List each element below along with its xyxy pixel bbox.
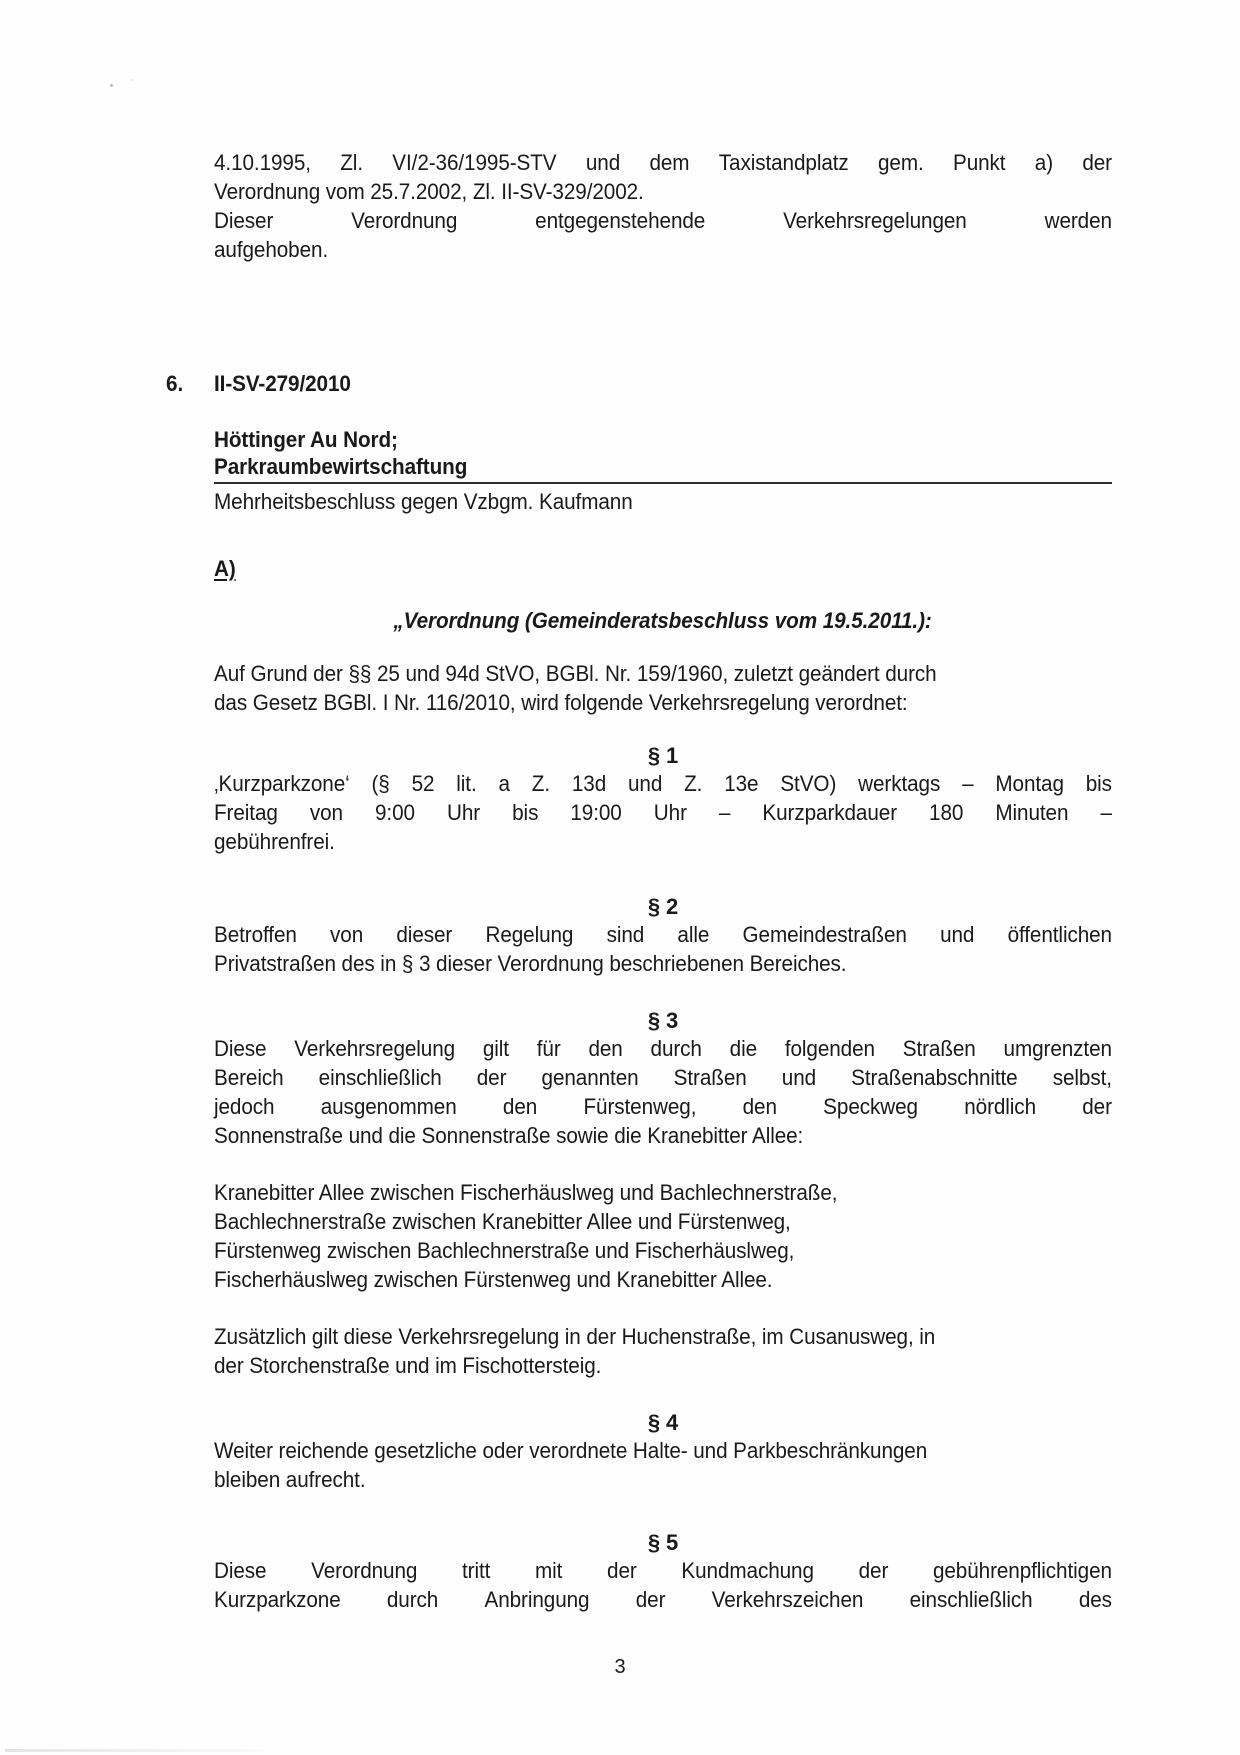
title-underline-rule [214, 482, 1112, 484]
word: alle [677, 920, 709, 949]
word: Verordnung [311, 1556, 417, 1585]
scan-edge [5, 1749, 265, 1752]
word: Montag [995, 769, 1063, 798]
word: des [1079, 1585, 1112, 1614]
additional-line-2: der Storchenstraße und im Fischotterstei… [214, 1351, 1112, 1380]
section-3-line-4: Sonnenstraße und die Sonnenstraße sowie … [214, 1121, 1112, 1150]
word: bis [512, 798, 538, 827]
item-reference: II-SV-279/2010 [214, 369, 1112, 398]
section-5-line-2: KurzparkzonedurchAnbringungderVerkehrsze… [214, 1585, 1112, 1614]
word: gilt [483, 1034, 509, 1063]
word: Z. [684, 769, 702, 798]
word: durch [651, 1034, 702, 1063]
word: Dieser [214, 206, 273, 235]
word: dem [649, 148, 689, 177]
word: a [498, 769, 509, 798]
word: dieser [396, 920, 452, 949]
section-1-line-1: ‚Kurzparkzone‘(§52lit.aZ.13dundZ.13eStVO… [214, 769, 1112, 798]
section-3-line-3: jedochausgenommendenFürstenweg,denSpeckw… [214, 1092, 1112, 1121]
boundary-4: Fischerhäuslweg zwischen Fürstenweg und … [214, 1265, 1112, 1294]
page-number: 3 [0, 1656, 1240, 1679]
section-1-line-2: Freitagvon9:00Uhrbis19:00Uhr–Kurzparkdau… [214, 798, 1112, 827]
word: Straßenabschnitte [851, 1063, 1017, 1092]
word: Verkehrszeichen [712, 1585, 864, 1614]
section-2-line-1: BetroffenvondieserRegelungsindalleGemein… [214, 920, 1112, 949]
word: nördlich [964, 1092, 1036, 1121]
word: gebührenpflichtigen [933, 1556, 1112, 1585]
word: StVO) [780, 769, 836, 798]
word: von [310, 798, 343, 827]
word: von [330, 920, 363, 949]
word: 13d [572, 769, 606, 798]
word: Diese [214, 1034, 266, 1063]
word: Straßen [903, 1034, 976, 1063]
word: tritt [462, 1556, 490, 1585]
word: a) [1035, 148, 1053, 177]
word: einschließlich [910, 1585, 1033, 1614]
word: Verkehrsregelungen [783, 206, 967, 235]
section-2-heading: § 2 [214, 892, 1112, 921]
word: jedoch [214, 1092, 274, 1121]
word: Freitag [214, 798, 278, 827]
ordinance-heading-text: „Verordnung (Gemeinderatsbeschluss vom 1… [394, 606, 932, 635]
section-5-heading: § 5 [214, 1528, 1112, 1557]
word: lit. [456, 769, 476, 798]
word: Uhr [654, 798, 687, 827]
item-title-line-2: Parkraumbewirtschaftung [214, 452, 1112, 481]
word: Kurzparkdauer [762, 798, 897, 827]
continuation-line-4: aufgehoben. [214, 235, 1112, 264]
word: 13e [724, 769, 758, 798]
document-page: 4.10.1995,Zl.VI/2-36/1995-STVunddemTaxis… [0, 0, 1240, 1755]
word: Verordnung [351, 206, 457, 235]
word: für [537, 1034, 561, 1063]
word: selbst, [1053, 1063, 1112, 1092]
word: Minuten [995, 798, 1068, 827]
word: und [628, 769, 662, 798]
word: Regelung [485, 920, 573, 949]
word: und [940, 920, 974, 949]
word: der [607, 1556, 637, 1585]
word: – [1100, 798, 1111, 827]
word: und [586, 148, 620, 177]
section-3-line-2: BereicheinschließlichdergenanntenStraßen… [214, 1063, 1112, 1092]
word: gem. [878, 148, 924, 177]
word: VI/2-36/1995-STV [392, 148, 556, 177]
word: den [743, 1092, 777, 1121]
word: umgrenzten [1004, 1034, 1112, 1063]
word: Bereich [214, 1063, 284, 1092]
word: – [719, 798, 730, 827]
word: durch [387, 1585, 438, 1614]
section-4-heading: § 4 [214, 1408, 1112, 1437]
section-3-heading: § 3 [214, 1006, 1112, 1035]
scan-artifact [110, 84, 113, 87]
word: Uhr [447, 798, 480, 827]
word: Kurzparkzone [214, 1585, 341, 1614]
word: der [1082, 1092, 1112, 1121]
additional-line-1: Zusätzlich gilt diese Verkehrsregelung i… [214, 1322, 1112, 1351]
word: ausgenommen [321, 1092, 457, 1121]
word: Verkehrsregelung [294, 1034, 455, 1063]
preamble-line-1: Auf Grund der §§ 25 und 94d StVO, BGBl. … [214, 659, 1112, 688]
word: sind [607, 920, 645, 949]
word: den [503, 1092, 537, 1121]
section-4-line-1: Weiter reichende gesetzliche oder verord… [214, 1436, 1112, 1465]
word: bis [1086, 769, 1112, 798]
word: Diese [214, 1556, 266, 1585]
ordinance-heading: „Verordnung (Gemeinderatsbeschluss vom 1… [214, 606, 1112, 635]
section-5-line-1: DieseVerordnungtrittmitderKundmachungder… [214, 1556, 1112, 1585]
word: 4.10.1995, [214, 148, 311, 177]
word: Zl. [340, 148, 363, 177]
word: ‚Kurzparkzone‘ [214, 769, 350, 798]
boundary-2: Bachlechnerstraße zwischen Kranebitter A… [214, 1207, 1112, 1236]
word: Taxistandplatz [719, 148, 849, 177]
word: öffentlichen [1008, 920, 1112, 949]
item-title-line-1: Höttinger Au Nord; [214, 425, 1112, 454]
word: der [477, 1063, 507, 1092]
preamble-line-2: das Gesetz BGBl. I Nr. 116/2010, wird fo… [214, 688, 1112, 717]
continuation-line-2: Verordnung vom 25.7.2002, Zl. II-SV-329/… [214, 177, 1112, 206]
word: Punkt [953, 148, 1005, 177]
word: genannten [542, 1063, 639, 1092]
word: Speckweg [823, 1092, 918, 1121]
boundary-1: Kranebitter Allee zwischen Fischerhäuslw… [214, 1178, 1112, 1207]
word: und [782, 1063, 816, 1092]
item-number: 6. [166, 369, 183, 398]
word: werden [1045, 206, 1112, 235]
word: Z. [532, 769, 550, 798]
word: mit [535, 1556, 562, 1585]
decision-text: Mehrheitsbeschluss gegen Vzbgm. Kaufmann [214, 487, 1112, 516]
word: (§ [371, 769, 389, 798]
word: Anbringung [484, 1585, 589, 1614]
word: – [962, 769, 973, 798]
word: entgegenstehende [535, 206, 705, 235]
boundary-3: Fürstenweg zwischen Bachlechnerstraße un… [214, 1236, 1112, 1265]
word: der [859, 1556, 889, 1585]
word: Gemeindestraßen [743, 920, 907, 949]
word: den [588, 1034, 622, 1063]
word: der [636, 1585, 666, 1614]
word: folgenden [785, 1034, 875, 1063]
word: werktags [858, 769, 940, 798]
scan-artifact [131, 79, 133, 81]
continuation-line-1: 4.10.1995,Zl.VI/2-36/1995-STVunddemTaxis… [214, 148, 1112, 177]
word: Straßen [674, 1063, 747, 1092]
word: einschließlich [319, 1063, 442, 1092]
word: die [730, 1034, 757, 1063]
word: 19:00 [570, 798, 621, 827]
word: der [1082, 148, 1112, 177]
word: Betroffen [214, 920, 297, 949]
section-1-line-3: gebührenfrei. [214, 827, 1112, 856]
subsection-label: A) [214, 554, 1112, 583]
section-1-heading: § 1 [214, 741, 1112, 770]
word: Kundmachung [681, 1556, 813, 1585]
word: 180 [929, 798, 963, 827]
section-4-line-2: bleiben aufrecht. [214, 1465, 1112, 1494]
word: 9:00 [375, 798, 415, 827]
word: 52 [412, 769, 435, 798]
section-3-line-1: DieseVerkehrsregelunggiltfürdendurchdief… [214, 1034, 1112, 1063]
continuation-line-3: DieserVerordnungentgegenstehendeVerkehrs… [214, 206, 1112, 235]
section-2-line-2: Privatstraßen des in § 3 dieser Verordnu… [214, 949, 1112, 978]
word: Fürstenweg, [583, 1092, 696, 1121]
